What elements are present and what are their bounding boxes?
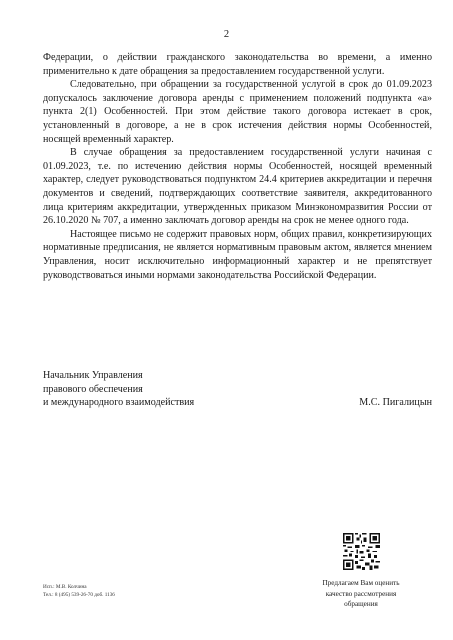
qr-caption-line: качество рассмотрения (305, 589, 417, 600)
signatory-title-line: и международного взаимодействия (43, 396, 194, 410)
signature-block: Начальник Управления правового обеспечен… (43, 369, 432, 410)
executor-phone: Тел.: 8 (495) 539-26-70 доб. 1136 (43, 592, 115, 600)
qr-caption: Предлагаем Вам оценить качество рассмотр… (305, 578, 417, 610)
qr-caption-line: обращения (305, 599, 417, 610)
signatory-name: М.С. Пигалицын (359, 396, 432, 410)
paragraph: В случае обращения за предоставлением го… (43, 146, 432, 228)
letter-body: Федерации, о действии гражданского закон… (43, 51, 432, 282)
paragraph: Настоящее письмо не содержит правовых но… (43, 228, 432, 282)
executor-info: Исп.: М.В. Колчина Тел.: 8 (495) 539-26-… (43, 584, 115, 599)
signatory-title-line: правового обеспечения (43, 383, 432, 397)
qr-code-icon[interactable] (343, 533, 380, 570)
signatory-title-line: Начальник Управления (43, 369, 432, 383)
paragraph: Федерации, о действии гражданского закон… (43, 51, 432, 78)
page-number: 2 (0, 29, 453, 40)
qr-caption-line: Предлагаем Вам оценить (305, 578, 417, 589)
paragraph: Следовательно, при обращении за государс… (43, 78, 432, 146)
executor-name: Исп.: М.В. Колчина (43, 584, 115, 592)
